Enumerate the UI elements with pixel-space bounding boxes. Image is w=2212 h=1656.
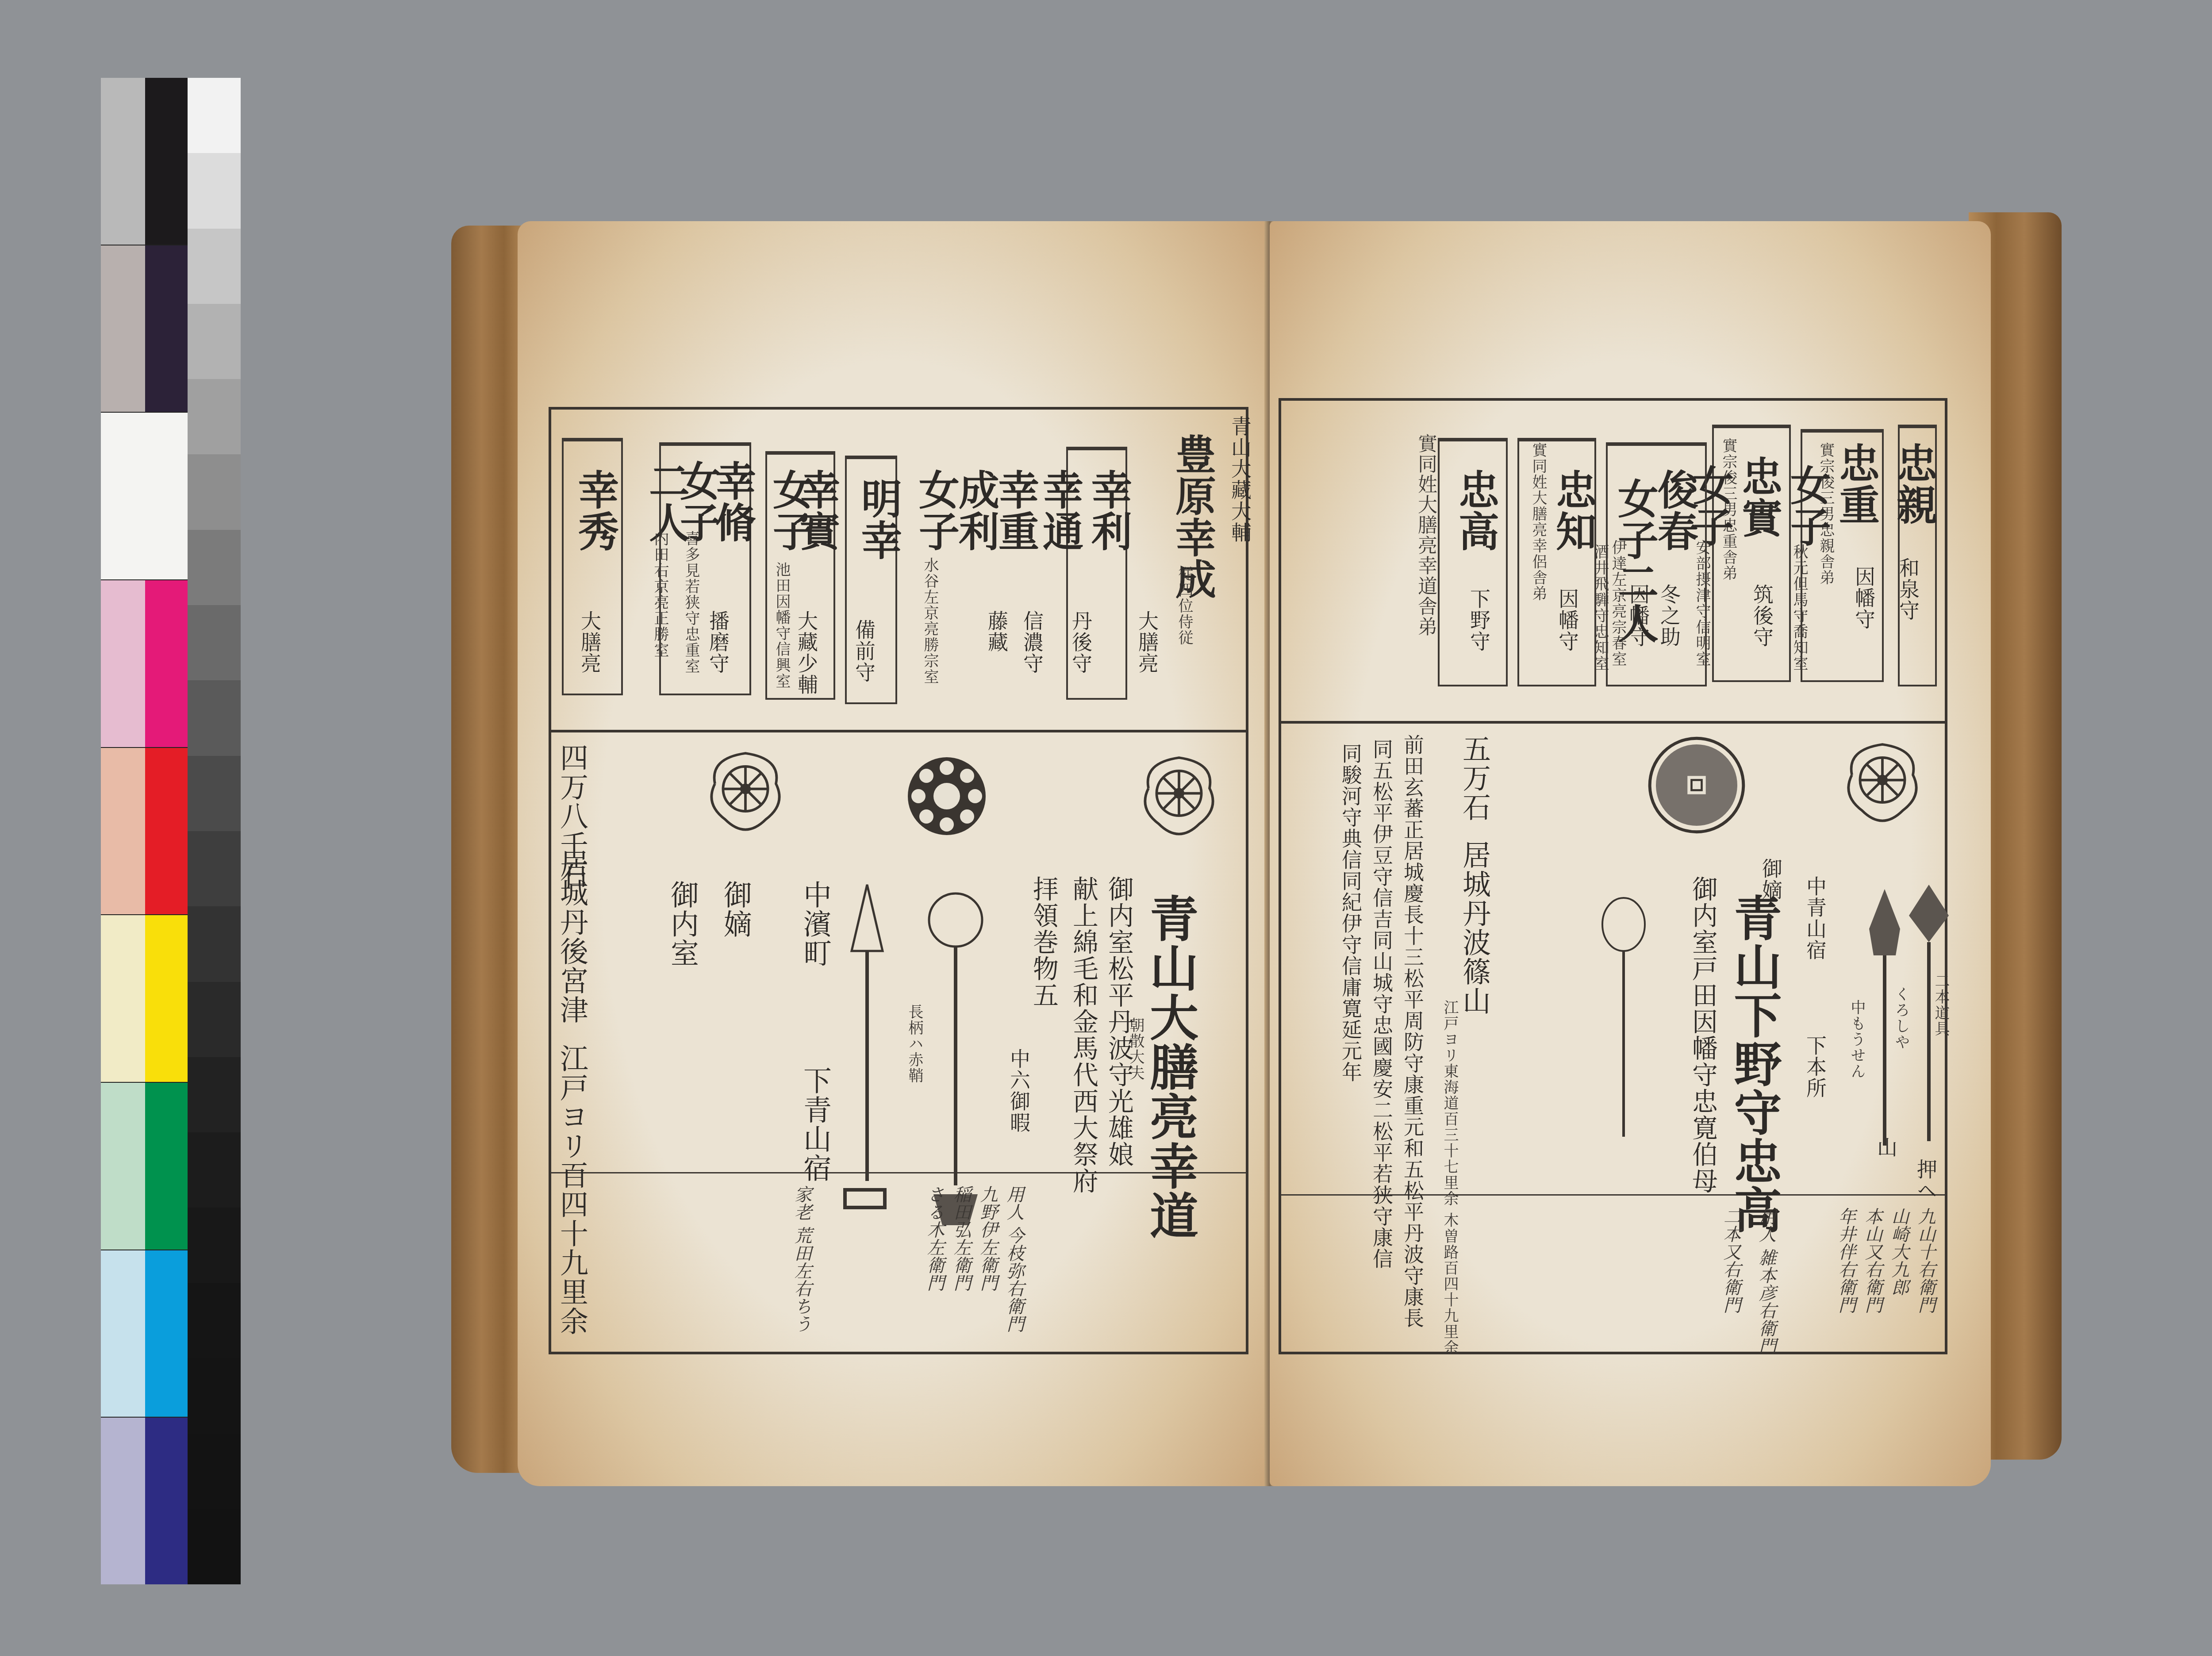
color-swatch [188, 379, 241, 454]
genealogy-name: 成利 [956, 469, 996, 552]
color-swatch [188, 304, 241, 379]
color-swatch [188, 1509, 241, 1584]
predecessors: 同駿河守典信同紀伊守信庸寛延元年 [1340, 743, 1361, 1083]
book-fore-edge-left [451, 226, 526, 1473]
retainer-list: 九野伊左衛門 [978, 1185, 997, 1292]
genealogy-title: 和泉守 [1898, 557, 1918, 621]
color-swatch [145, 78, 188, 245]
color-swatch [101, 914, 145, 1082]
genealogy-title: 信濃守 [1022, 610, 1042, 674]
color-calibration-chart [101, 78, 241, 1584]
color-swatch [145, 579, 188, 747]
color-swatch [188, 454, 241, 529]
implement-label: 長柄ハ赤鞘 [907, 1004, 922, 1084]
color-swatch [145, 412, 188, 579]
color-swatch [145, 1250, 188, 1417]
retainer-list: 二本又右衛門 [1721, 1207, 1740, 1314]
genealogy-name: 幸秀 [575, 469, 616, 552]
genealogy-name: 女子 [916, 469, 956, 552]
genealogy-name: 女子 [1787, 464, 1828, 548]
genealogy-name: 女子 [770, 469, 810, 552]
residence-lower: 下本所 [1805, 1035, 1825, 1099]
open-book: 青山大藏大輔 豊原幸成 従四位侍従 大膳亮 幸利 丹後守 幸通 信濃守 幸重 藤… [451, 208, 2062, 1504]
retainer-list: 家老 荒田左右ちう [792, 1185, 811, 1333]
genealogy-title: 筑後守 [1752, 584, 1772, 648]
color-swatch [188, 1057, 241, 1132]
color-swatch [101, 78, 145, 245]
genealogy-name: 幸通 [1040, 469, 1080, 552]
left-section-divider [549, 730, 1246, 732]
residence-upper: 中青山宿 [1805, 876, 1825, 961]
color-swatch [188, 530, 241, 605]
genealogy-title: 播磨守 [708, 610, 728, 674]
color-swatch [145, 747, 188, 915]
implement-label: 中もうせん [1849, 1000, 1864, 1079]
right-section-divider [1279, 721, 1945, 724]
coin-crest-icon [1646, 734, 1747, 836]
lord-info-wife: 御内室戸田因幡守忠寛伯母 [1690, 876, 1716, 1194]
left-page: 青山大藏大輔 豊原幸成 従四位侍従 大膳亮 幸利 丹後守 幸通 信濃守 幸重 藤… [518, 221, 1270, 1486]
color-swatch [101, 1250, 145, 1417]
color-swatch [188, 1283, 241, 1358]
color-swatch [188, 1132, 241, 1207]
color-swatch [188, 756, 241, 831]
implement-label: くろしや [1893, 986, 1909, 1050]
genealogy-title: 因幡守 [1854, 566, 1874, 630]
implement-label: 中六御暇 [1009, 1048, 1029, 1133]
wheel-of-eight-crest-icon [902, 752, 991, 840]
genealogy-note: 水谷左京亮勝宗室 [922, 557, 937, 685]
color-swatch [188, 78, 241, 153]
genealogy-title: 冬之助 [1659, 584, 1679, 648]
genealogy-name: 忠知 [1553, 469, 1594, 552]
implement-label: 二本道具 [1933, 973, 1948, 1037]
right-page: 忠親 和泉守 忠重 實宗俊三男忠親舎弟 因幡守 女子 秋元但馬守喬知室 忠實 實… [1270, 221, 1991, 1486]
genealogy-note: 喜多見若狭守忠重室 [684, 531, 699, 674]
genealogy-note: 池田因幡守信興室 [774, 562, 789, 689]
chrysanthemum-crest-icon [695, 743, 796, 845]
color-swatch [188, 680, 241, 755]
genealogy-note: 秋元但馬守喬知室 [1792, 544, 1807, 671]
calibration-column-pastel [101, 78, 145, 1584]
lord-name: 青山大膳亮幸道 [1146, 893, 1194, 1240]
retainer-list: 用人 今枝弥右衛門 [1004, 1185, 1024, 1333]
color-swatch [188, 906, 241, 981]
castle: 居城丹波篠山 [1460, 840, 1488, 1016]
color-swatch [145, 245, 188, 412]
genealogy-title: 備前守 [854, 619, 874, 683]
predecessors: 同五松平伊豆守信吉同山城守忠國慶安二松平若狭守康信 [1371, 739, 1392, 1269]
calibration-column-saturated [145, 78, 188, 1584]
genealogy-name: 明幸 [858, 478, 899, 561]
genealogy-title: 藤藏 [987, 610, 1007, 653]
color-swatch [188, 831, 241, 906]
genealogy-name: 忠高 [1455, 469, 1496, 552]
color-swatch [101, 1417, 145, 1584]
color-swatch [145, 1417, 188, 1584]
genealogy-title: 大藏少輔 [796, 610, 817, 695]
implement-mark: 押ヘ [1916, 1159, 1936, 1201]
genealogy-note: 従四位侍従 [1177, 566, 1192, 646]
genealogy-note: 内田右京亮正勝室 [653, 531, 668, 658]
lance-implement-icon [836, 880, 898, 1278]
heir-label: 御嫡 [1761, 858, 1781, 901]
color-swatch [145, 914, 188, 1082]
predecessors: 前田玄蕃正居城慶長十三松平周防守康重元和五松平丹波守康長 [1402, 734, 1423, 1329]
genealogy-name: 忠重 [1836, 442, 1877, 525]
genealogy-title: 大膳亮 [1137, 610, 1157, 674]
wife-label: 御内室 [668, 880, 696, 968]
implement-mark: 山 [1876, 1137, 1896, 1158]
genealogy-name: 幸利 [1088, 469, 1129, 552]
retainer-list: さる木左衛門 [925, 1185, 944, 1292]
retainer-list: 九山十右衛門 [1916, 1207, 1935, 1314]
lord-info-wife: 御内室松平丹波守光雄娘 [1106, 876, 1132, 1168]
color-swatch [188, 982, 241, 1057]
retainer-list: 本山又右衛門 [1863, 1207, 1882, 1314]
genealogy-title: 因幡守 [1557, 588, 1578, 652]
residence-upper: 中濱町 [801, 880, 829, 968]
color-swatch [101, 1082, 145, 1250]
lord-name: 青山下野守忠高 [1730, 893, 1778, 1234]
color-swatch [101, 579, 145, 747]
genealogy-title: 丹後守 [1071, 610, 1091, 674]
genealogy-note: 伊達左京亮宗春室 [1610, 540, 1625, 667]
chrysanthemum-crest-icon [1128, 747, 1230, 849]
genealogy-title: 大膳亮 [580, 610, 600, 674]
color-swatch [188, 1207, 241, 1283]
genealogy-note: 實同姓大膳亮幸侶舎弟 [1531, 442, 1546, 602]
color-swatch [101, 245, 145, 412]
color-swatch [145, 1082, 188, 1250]
residence-lower: 下青山宿 [801, 1066, 829, 1183]
stipend: 五万石 [1460, 734, 1488, 822]
lord-info-offerings: 献上綿毛和金馬代西大祭府 [1071, 876, 1096, 1194]
color-swatch [101, 747, 145, 915]
retainer-list: 年井伴右衛門 [1836, 1207, 1855, 1314]
genealogy-name: 忠實 [1739, 456, 1779, 539]
color-swatch [188, 1358, 241, 1434]
genealogy-name: 俊春 [1655, 469, 1695, 552]
genealogy-name: 忠親 [1893, 442, 1934, 525]
heir-label: 御嫡 [721, 880, 749, 939]
genealogy-name: 幸重 [995, 469, 1036, 552]
genealogy-title: 因幡守 [1628, 584, 1648, 648]
lantern-implement-icon [1597, 889, 1650, 1154]
genealogy-title: 下野守 [1469, 588, 1489, 652]
lord-info-gifts: 拝領巻物五 [1031, 876, 1056, 1008]
genealogy-note: 實同姓大膳亮幸道舎弟 [1416, 433, 1435, 637]
color-swatch [101, 412, 145, 579]
chrysanthemum-crest-icon [1832, 734, 1933, 836]
retainer-list: 用人 雑本彦右衛門 [1756, 1207, 1776, 1355]
castle: 居城丹後宮津 [557, 849, 586, 1024]
color-swatch [188, 1434, 241, 1509]
calibration-column-grayscale [188, 78, 241, 1584]
color-swatch [188, 605, 241, 680]
distance: 江戸ヨリ百四十九里余 [557, 1044, 586, 1336]
color-swatch [188, 153, 241, 228]
header-column: 青山大藏大輔 [1230, 416, 1250, 543]
color-swatch [188, 229, 241, 304]
distance: 江戸ヨリ東海道百三十七里余 木曽路百四十九里余 [1442, 1000, 1457, 1356]
retainer-list: 稲田弘左衛門 [951, 1185, 971, 1292]
retainer-list: 山崎大九郎 [1889, 1207, 1909, 1296]
